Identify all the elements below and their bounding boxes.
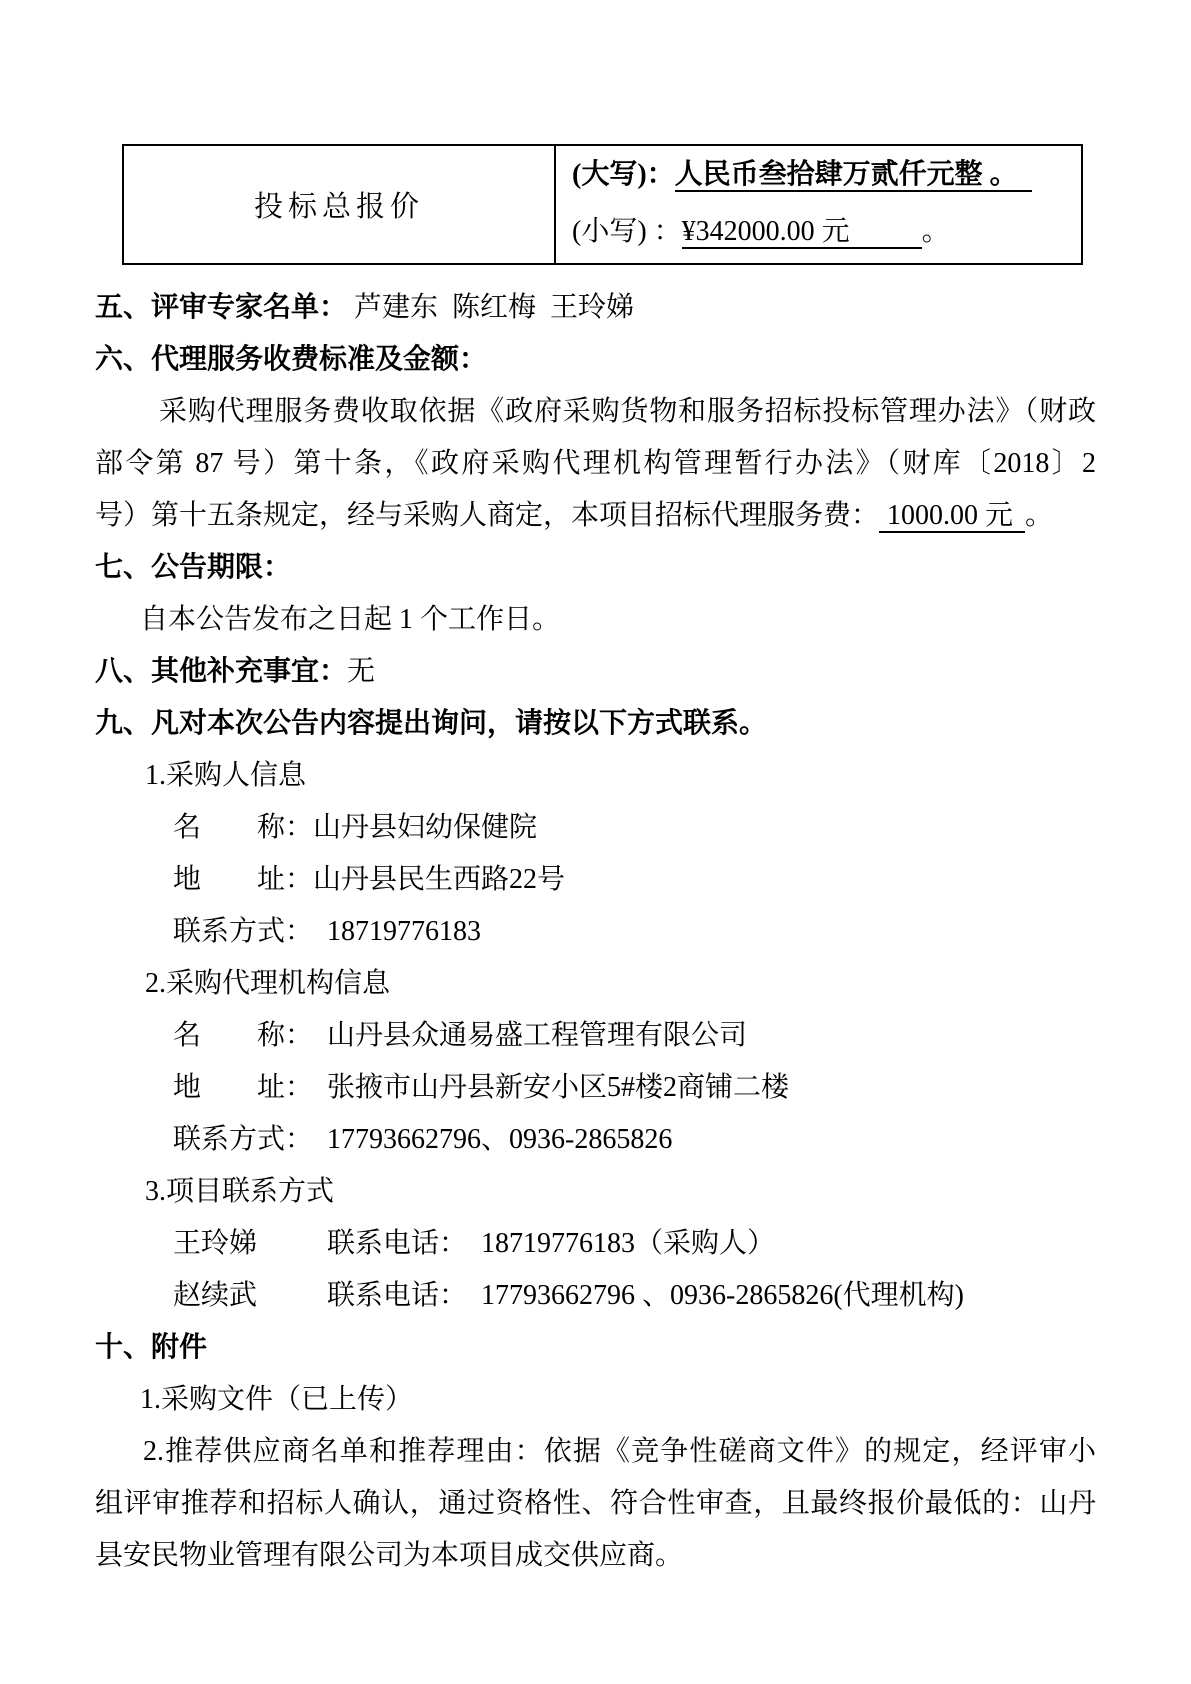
- section5-heading: 五、评审专家名单：: [95, 292, 347, 323]
- project-contacts-title: 3.项目联系方式: [95, 1166, 1096, 1218]
- project-contact-purchaser: 王玲娣 联系电话： 18719776183（采购人）: [95, 1218, 1096, 1270]
- section9-heading: 九、凡对本次公告内容提出询问，请按以下方式联系。: [95, 698, 1096, 750]
- amount-in-words-line: (大写)：人民币叁拾肆万贰仟元整 。: [572, 154, 1071, 196]
- project-contact-agency: 赵续武 联系电话： 17793662796 、0936-2865826(代理机构…: [95, 1270, 1096, 1322]
- document-page: 投标总报价 (大写)：人民币叁拾肆万贰仟元整 。 (小写) ：¥342000.0…: [0, 0, 1191, 1684]
- section8-heading-line: 八、其他补充事宜：无: [95, 646, 1096, 698]
- recommendation-paragraph-line1: 2.推荐供应商名单和推荐理由：依据《竞争性磋商文件》的规定，经评审小: [95, 1426, 1096, 1478]
- section10-heading: 十、附件: [95, 1322, 1096, 1374]
- amount-in-figures-line: (小写) ：¥342000.00 元。: [572, 211, 1071, 253]
- recommendation-paragraph-line3: 县安民物业管理有限公司为本项目成交供应商。: [95, 1530, 1096, 1582]
- section5-heading-line: 五、评审专家名单： 芦建东 陈红梅 王玲娣: [95, 282, 1096, 334]
- agency-address: 地 址： 张掖市山丹县新安小区5#楼2商铺二楼: [95, 1062, 1096, 1114]
- section6-heading: 六、代理服务收费标准及金额：: [95, 334, 1096, 386]
- agency-fee-amount: 1000.00 元: [879, 500, 1025, 533]
- bid-price-values: (大写)：人民币叁拾肆万贰仟元整 。 (小写) ：¥342000.00 元。: [555, 145, 1082, 264]
- amount-in-figures-value: ¥342000.00 元: [682, 216, 922, 249]
- document-content: 投标总报价 (大写)：人民币叁拾肆万贰仟元整 。 (小写) ：¥342000.0…: [0, 0, 1191, 1582]
- agency-fee-prefix: 号）第十五条规定，经与采购人商定，本项目招标代理服务费：: [95, 500, 879, 531]
- purchaser-address: 地 址：山丹县民生西路22号: [95, 854, 1096, 906]
- purchaser-name: 名 称：山丹县妇幼保健院: [95, 802, 1096, 854]
- agency-fee-suffix: 。: [1025, 500, 1053, 531]
- recommendation-paragraph-line2: 组评审推荐和招标人确认，通过资格性、符合性审查，且最终报价最低的：山丹: [95, 1478, 1096, 1530]
- section7-heading: 七、公告期限：: [95, 542, 1096, 594]
- document-body: 五、评审专家名单： 芦建东 陈红梅 王玲娣 六、代理服务收费标准及金额： 采购代…: [95, 282, 1096, 1582]
- bid-price-row: 投标总报价 (大写)：人民币叁拾肆万贰仟元整 。 (小写) ：¥342000.0…: [123, 145, 1082, 264]
- agency-fee-paragraph-line1: 采购代理服务费收取依据《政府采购货物和服务招标投标管理办法》（财政: [95, 386, 1096, 438]
- amount-in-words-value: 人民币叁拾肆万贰仟元整 。: [675, 159, 1032, 192]
- amount-in-figures-prefix: (小写) ：: [572, 216, 682, 247]
- agency-phone: 联系方式： 17793662796、0936-2865826: [95, 1114, 1096, 1166]
- bid-price-label: 投标总报价: [123, 145, 555, 264]
- purchaser-info-title: 1.采购人信息: [95, 750, 1096, 802]
- section8-heading: 八、其他补充事宜：: [95, 656, 347, 687]
- agency-info-title: 2.采购代理机构信息: [95, 958, 1096, 1010]
- amount-in-figures-suffix: 。: [922, 216, 950, 247]
- agency-fee-paragraph-line3: 号）第十五条规定，经与采购人商定，本项目招标代理服务费：1000.00 元。: [95, 490, 1096, 542]
- amount-in-words-prefix: (大写)：: [572, 159, 675, 190]
- attachment-item1: 1.采购文件（已上传）: [95, 1374, 1096, 1426]
- section8-value: 无: [347, 656, 375, 687]
- bid-price-table: 投标总报价 (大写)：人民币叁拾肆万贰仟元整 。 (小写) ：¥342000.0…: [122, 144, 1083, 265]
- expert-names: 芦建东 陈红梅 王玲娣: [347, 292, 634, 323]
- purchaser-phone: 联系方式： 18719776183: [95, 906, 1096, 958]
- agency-name: 名 称： 山丹县众通易盛工程管理有限公司: [95, 1010, 1096, 1062]
- announcement-period-text: 自本公告发布之日起 1 个工作日。: [95, 594, 1096, 646]
- agency-fee-paragraph-line2: 部令第 87 号）第十条，《政府采购代理机构管理暂行办法》（财库〔2018〕2: [95, 438, 1096, 490]
